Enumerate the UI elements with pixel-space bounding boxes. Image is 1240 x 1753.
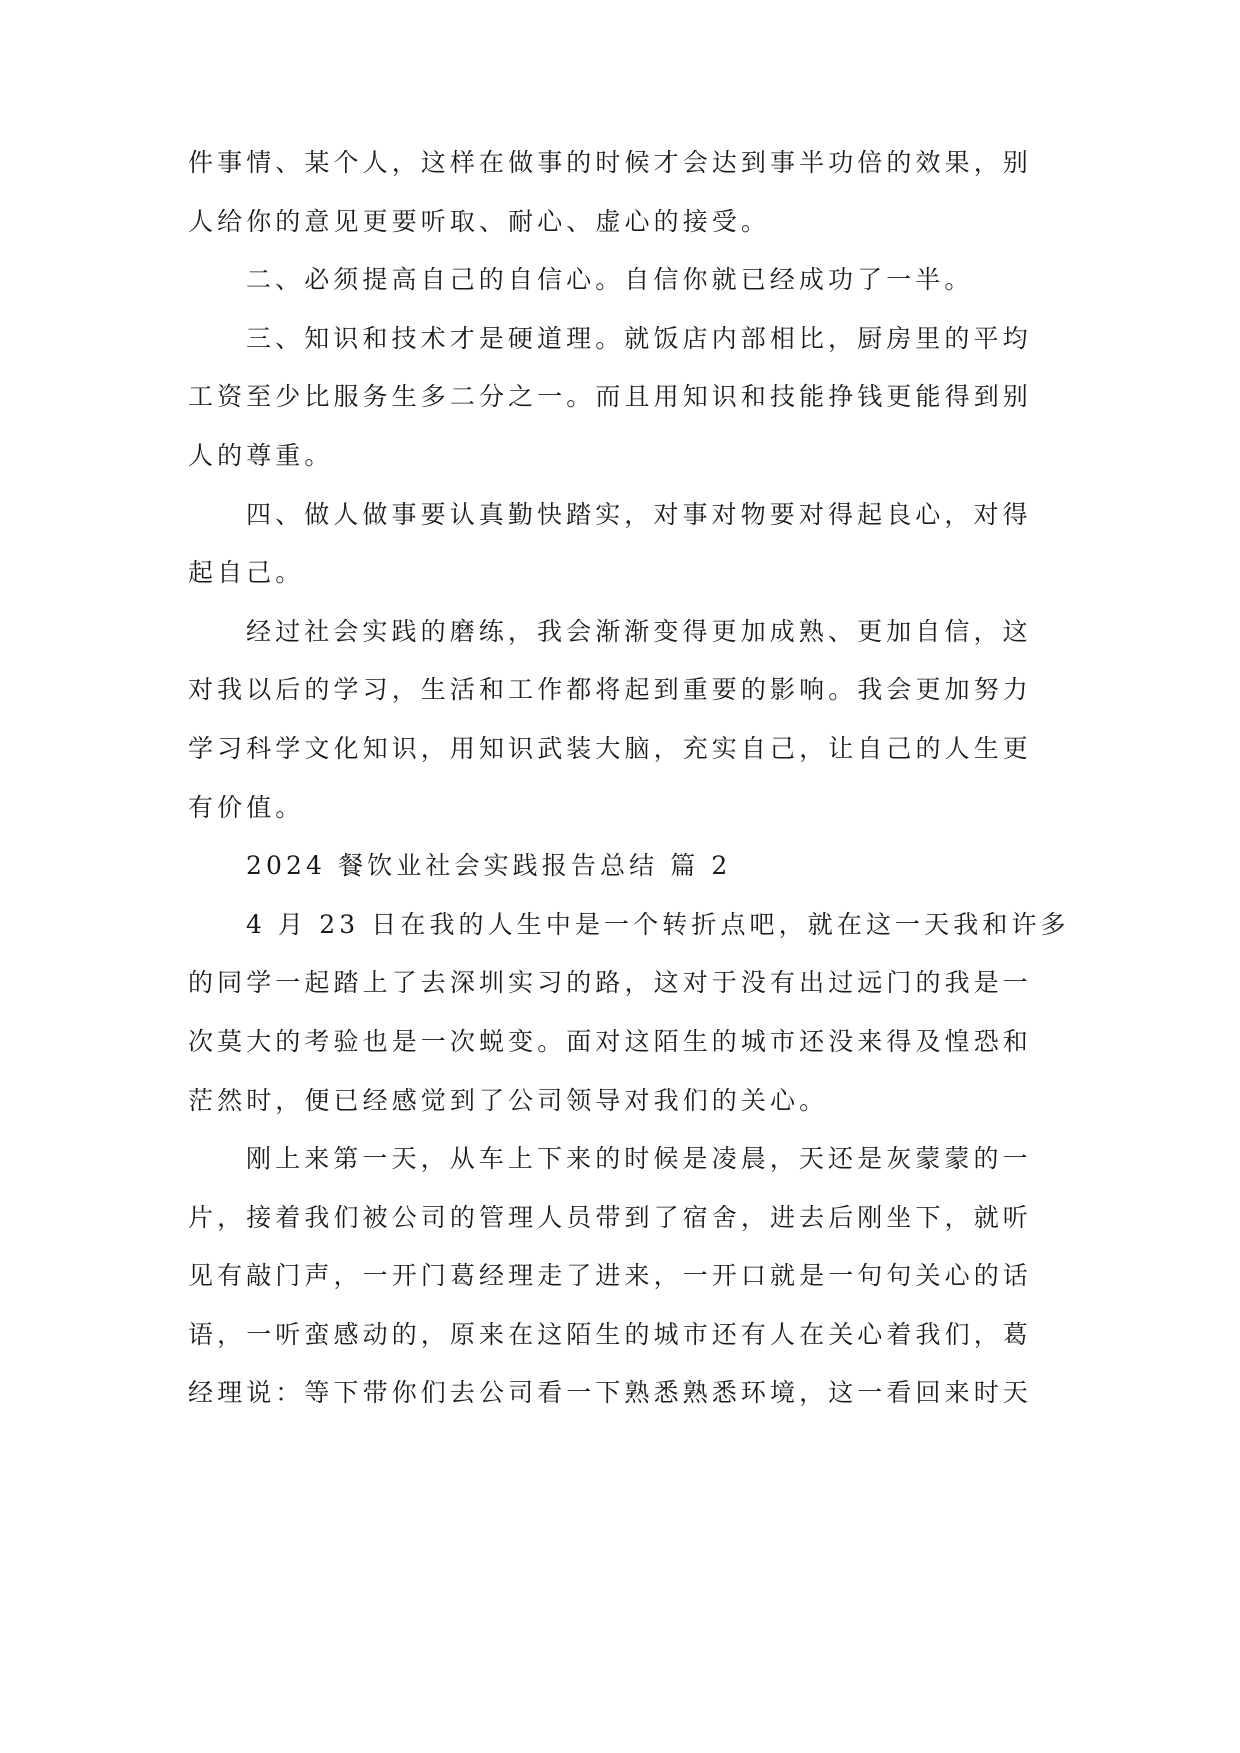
- text-line: 四、做人做事要认真勤快踏实，对事对物要对得起良心，对得: [188, 495, 1048, 554]
- text-line: 二、必须提高自己的自信心。自信你就已经成功了一半。: [188, 260, 1048, 319]
- text-line: 经理说：等下带你们去公司看一下熟悉熟悉环境，这一看回来时天: [188, 1373, 1048, 1432]
- text-line: 4 月 23 日在我的人生中是一个转折点吧，就在这一天我和许多: [188, 905, 1048, 964]
- text-line: 三、知识和技术才是硬道理。就饭店内部相比，厨房里的平均: [188, 319, 1048, 378]
- text-line: 语，一听蛮感动的，原来在这陌生的城市还有人在关心着我们，葛: [188, 1315, 1048, 1374]
- text-line: 工资至少比服务生多二分之一。而且用知识和技能挣钱更能得到别: [188, 377, 1048, 436]
- document-page: 件事情、某个人，这样在做事的时候才会达到事半功倍的效果，别 人给你的意见更要听取…: [188, 143, 1048, 1432]
- paragraph-advice-continuation: 件事情、某个人，这样在做事的时候才会达到事半功倍的效果，别 人给你的意见更要听取…: [188, 143, 1048, 260]
- text-line: 刚上来第一天，从车上下来的时候是凌晨，天还是灰蒙蒙的一: [188, 1139, 1048, 1198]
- text-line: 学习科学文化知识，用知识武装大脑，充实自己，让自己的人生更: [188, 729, 1048, 788]
- text-line: 起自己。: [188, 553, 1048, 612]
- text-line: 人给你的意见更要听取、耐心、虚心的接受。: [188, 202, 1048, 261]
- paragraph-point-three: 三、知识和技术才是硬道理。就饭店内部相比，厨房里的平均 工资至少比服务生多二分之…: [188, 319, 1048, 495]
- text-line: 人的尊重。: [188, 436, 1048, 495]
- section-heading: 2024 餐饮业社会实践报告总结 篇 2: [188, 846, 1048, 905]
- text-line: 的同学一起踏上了去深圳实习的路，这对于没有出过远门的我是一: [188, 963, 1048, 1022]
- paragraph-point-two: 二、必须提高自己的自信心。自信你就已经成功了一半。: [188, 260, 1048, 319]
- text-line: 次莫大的考验也是一次蜕变。面对这陌生的城市还没来得及惶恐和: [188, 1022, 1048, 1081]
- text-line: 片，接着我们被公司的管理人员带到了宿舍，进去后刚坐下，就听: [188, 1198, 1048, 1257]
- paragraph-april-23: 4 月 23 日在我的人生中是一个转折点吧，就在这一天我和许多 的同学一起踏上了…: [188, 905, 1048, 1139]
- paragraph-first-day: 刚上来第一天，从车上下来的时候是凌晨，天还是灰蒙蒙的一 片，接着我们被公司的管理…: [188, 1139, 1048, 1432]
- paragraph-point-four: 四、做人做事要认真勤快踏实，对事对物要对得起良心，对得 起自己。: [188, 495, 1048, 612]
- text-line: 对我以后的学习，生活和工作都将起到重要的影响。我会更加努力: [188, 670, 1048, 729]
- heading-line: 2024 餐饮业社会实践报告总结 篇 2: [188, 846, 1048, 905]
- text-line: 茫然时，便已经感觉到了公司领导对我们的关心。: [188, 1081, 1048, 1140]
- text-line: 有价值。: [188, 788, 1048, 847]
- text-line: 经过社会实践的磨练，我会渐渐变得更加成熟、更加自信，这: [188, 612, 1048, 671]
- text-line: 件事情、某个人，这样在做事的时候才会达到事半功倍的效果，别: [188, 143, 1048, 202]
- text-line: 见有敲门声，一开门葛经理走了进来，一开口就是一句句关心的话: [188, 1256, 1048, 1315]
- paragraph-conclusion: 经过社会实践的磨练，我会渐渐变得更加成熟、更加自信，这 对我以后的学习，生活和工…: [188, 612, 1048, 846]
